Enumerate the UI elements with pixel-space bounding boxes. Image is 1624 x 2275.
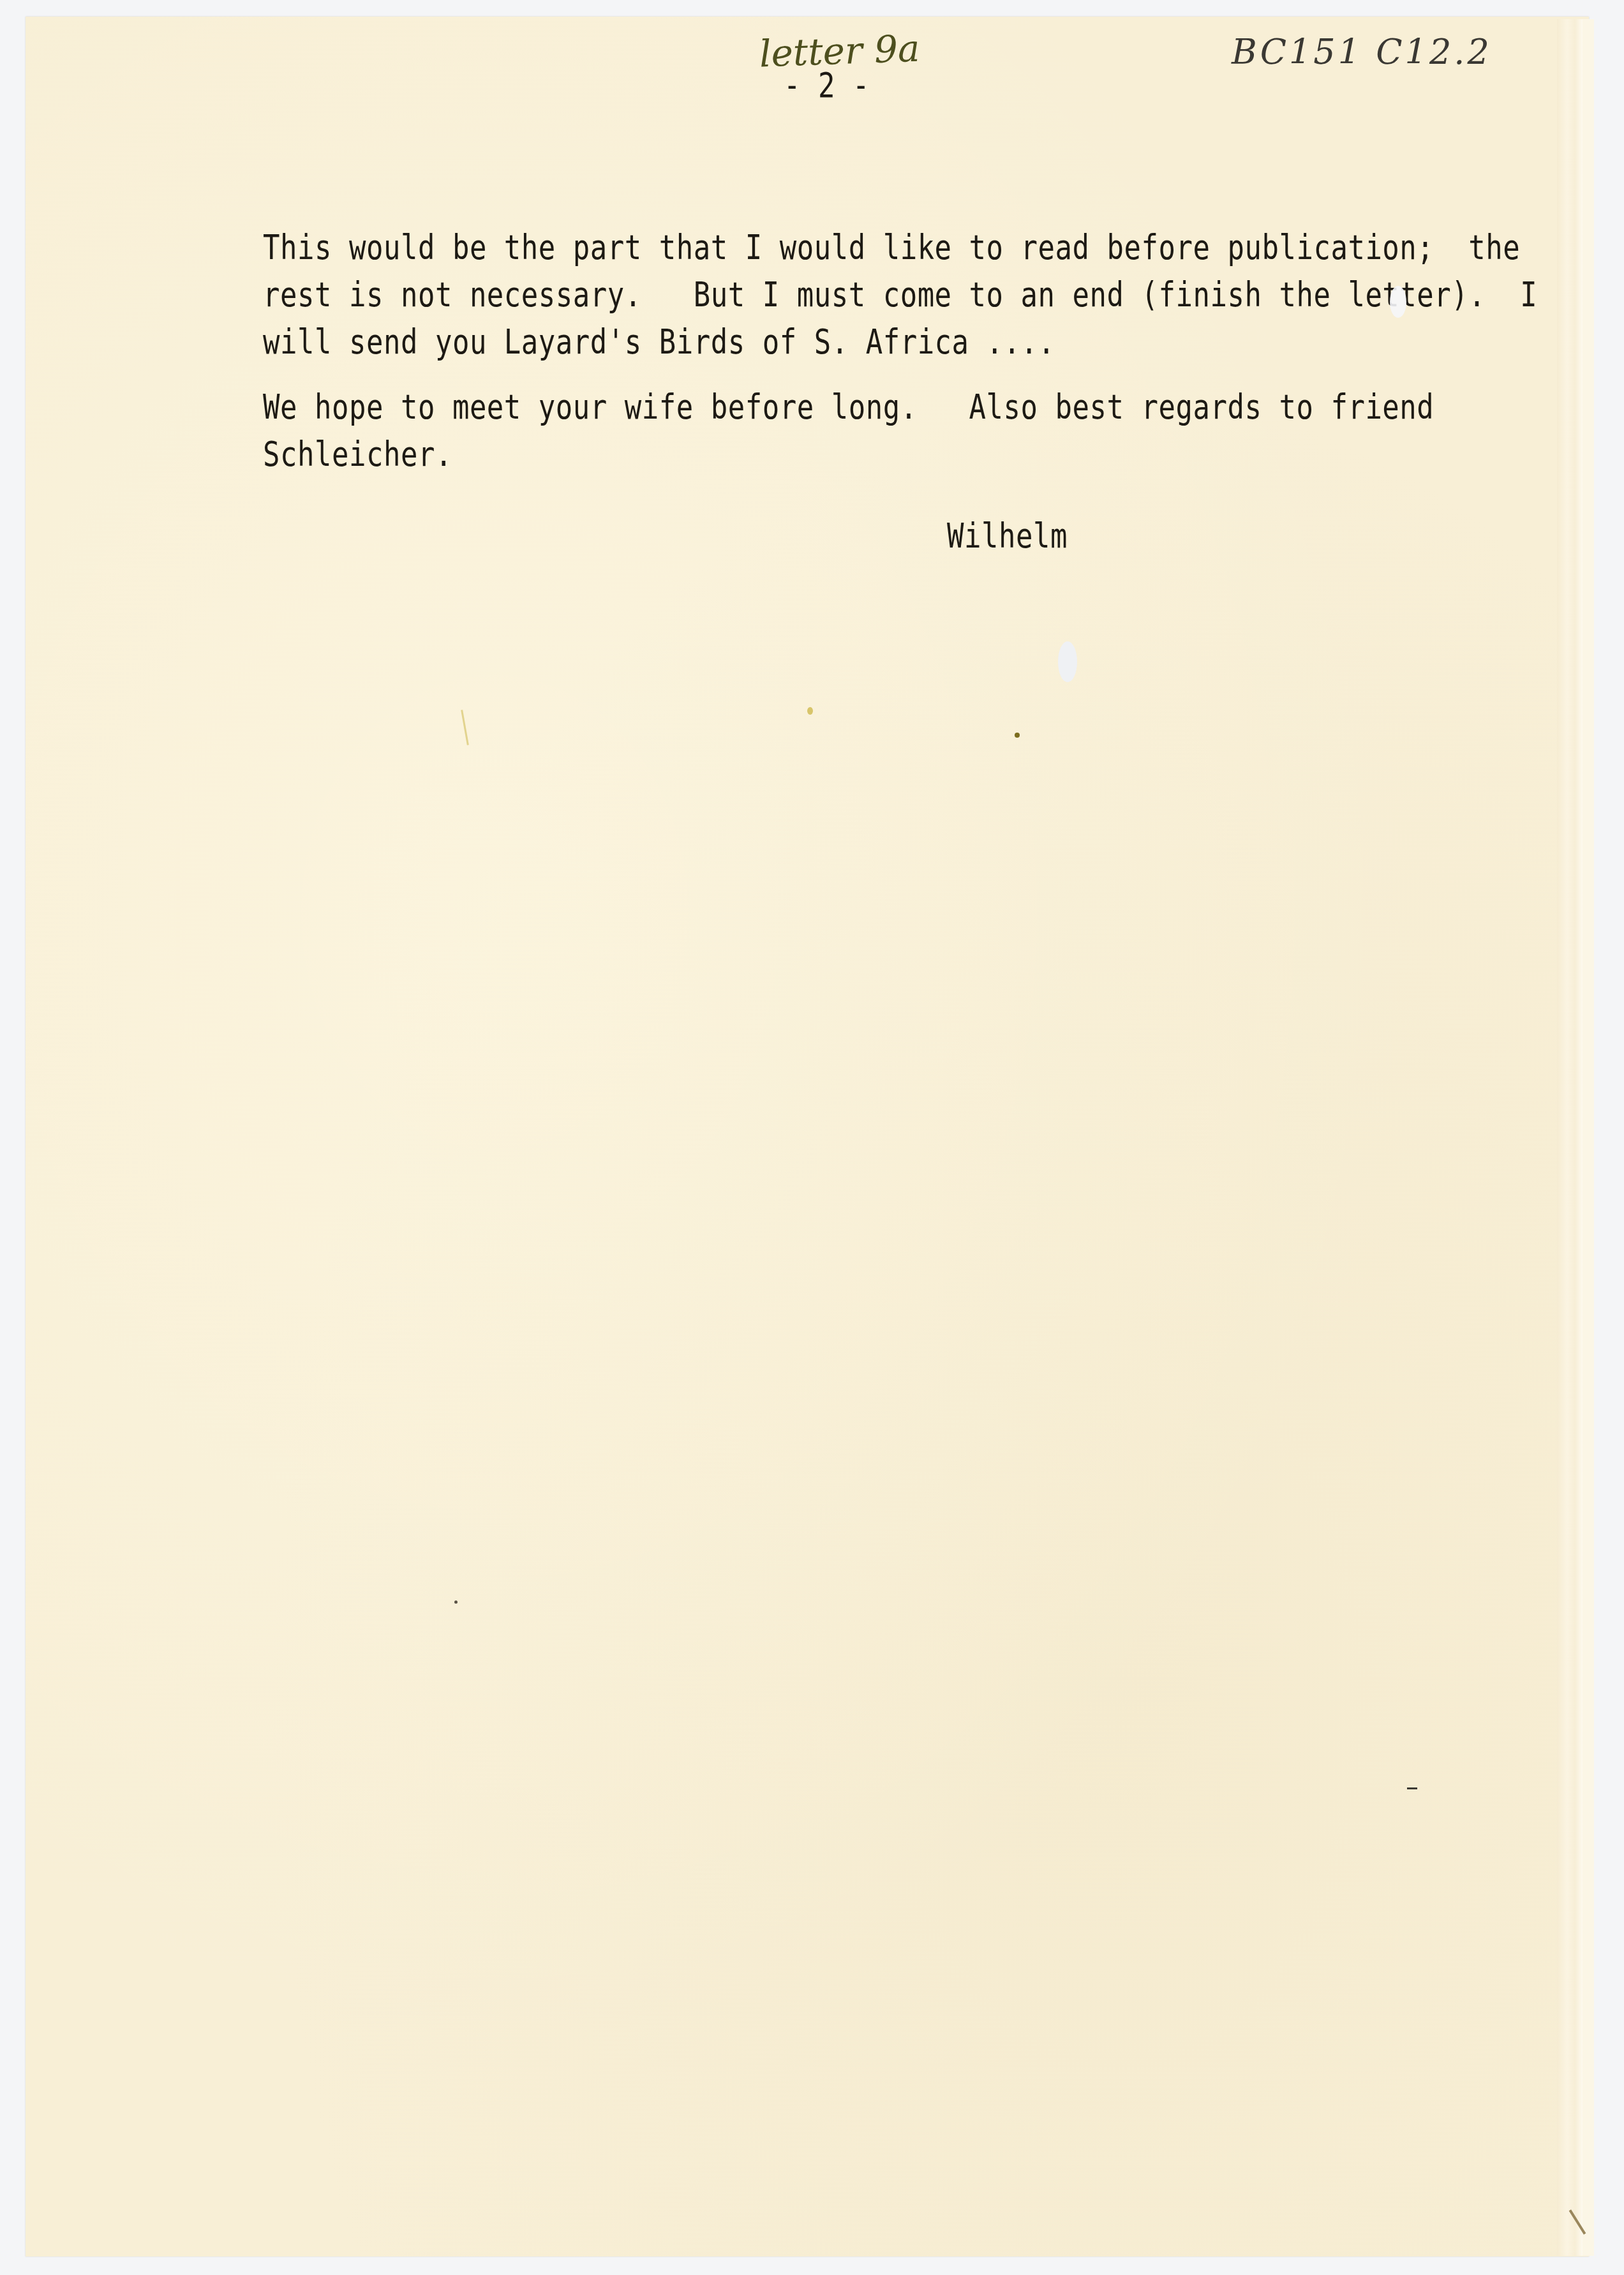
correction-fluid-mark [1058,641,1077,682]
paper-edge-highlight [1583,19,1594,2256]
page-number: - 2 - [784,66,870,105]
body-line: Schleicher. [263,435,452,474]
ink-spot [1015,733,1020,738]
body-line: rest is not necessary. But I must come t… [263,276,1537,315]
stain-spot [807,707,813,715]
handwritten-archive-reference-annotation: BC151 C12.2 [1232,32,1492,72]
body-line: This would be the part that I would like… [263,228,1520,267]
signature: Wilhelm [947,517,1068,556]
body-line: will send you Layard's Birds of S. Afric… [263,323,1055,362]
stray-mark [1407,1787,1417,1789]
ink-spot [454,1600,458,1604]
body-line: We hope to meet your wife before long. A… [263,388,1434,427]
paper-edge-shadow [1557,19,1583,2256]
correction-fluid-mark [1390,286,1406,318]
